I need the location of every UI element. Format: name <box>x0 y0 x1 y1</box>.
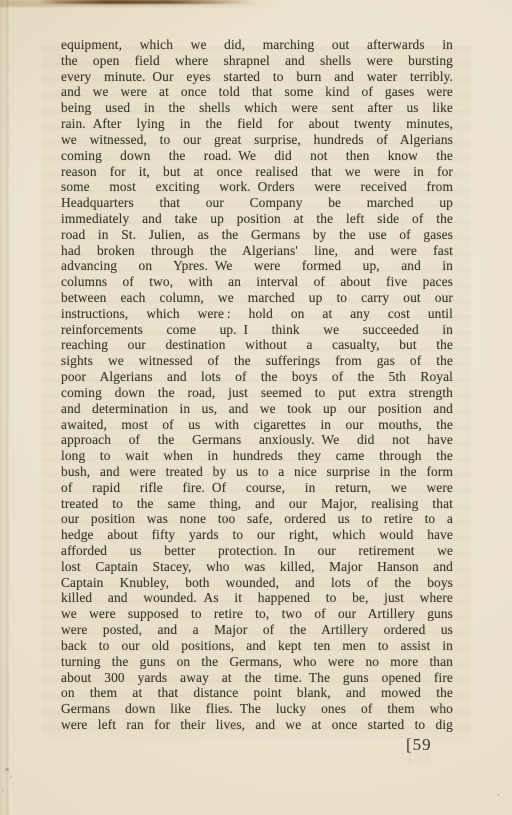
text-line: lost Captain Stacey, who was killed, Maj… <box>61 559 453 575</box>
text-line: killed and wounded. As it happened to be… <box>61 590 453 606</box>
body-text: equipment, which we did, marching out af… <box>61 37 453 733</box>
text-line: Germans down like flies. The lucky ones … <box>61 701 453 717</box>
paper-stain <box>230 725 239 730</box>
text-line: being used in the shells which were sent… <box>61 100 453 116</box>
book-page-scan: equipment, which we did, marching out af… <box>0 0 512 815</box>
text-line: coming down the road. We did not then kn… <box>61 148 453 164</box>
text-line: immediately and take up position at the … <box>61 211 453 227</box>
paper-speck <box>5 768 9 771</box>
text-line: every minute. Our eyes started to burn a… <box>61 69 453 85</box>
text-line: coming down the road, just seemed to put… <box>61 385 453 401</box>
text-line: turning the guns on the Germans, who wer… <box>61 654 453 670</box>
page-left-edge-shading <box>0 0 9 815</box>
text-line: equipment, which we did, marching out af… <box>61 37 453 53</box>
text-line: advancing on Ypres. We were formed up, a… <box>61 258 453 274</box>
text-line: bush, and were treated by us to a nice s… <box>61 464 453 480</box>
paper-speck <box>10 776 12 778</box>
text-line: between each column, we marched up to ca… <box>61 290 453 306</box>
text-line: columns of two, with an interval of abou… <box>61 274 453 290</box>
text-line: and we were at once told that some kind … <box>61 84 453 100</box>
text-line: reaching our destination without a casua… <box>61 337 453 353</box>
text-line: poor Algerians and lots of the boys of t… <box>61 369 453 385</box>
text-line: we were supposed to retire to, two of ou… <box>61 606 453 622</box>
paper-speck <box>497 794 500 796</box>
paper-speck <box>2 790 4 792</box>
text-line: some most exciting work. Orders were rec… <box>61 179 453 195</box>
page-number: [59 <box>406 735 454 755</box>
text-line: Captain Knubley, both wounded, and lots … <box>61 575 453 591</box>
text-line: were left ran for their lives, and we at… <box>61 717 453 733</box>
text-line: hedge about fifty yards to our right, wh… <box>61 527 453 543</box>
text-line: on them at that distance point blank, an… <box>61 685 453 701</box>
text-line: long to wait when in hundreds they came … <box>61 448 453 464</box>
text-line: afforded us better protection. In our re… <box>61 543 453 559</box>
text-line: the open field where shrapnel and shells… <box>61 53 453 69</box>
text-line: reinforcements come up. I think we succe… <box>61 322 453 338</box>
text-line: approach of the Germans anxiously. We di… <box>61 432 453 448</box>
text-line: about 300 yards away at the time. The gu… <box>61 670 453 686</box>
page-top-edge-dark-line <box>38 0 253 4</box>
text-line: Headquarters that our Company be marched… <box>61 195 453 211</box>
text-line: back to our old positions, and kept ten … <box>61 638 453 654</box>
text-line: road in St. Julien, as the Germans by th… <box>61 227 453 243</box>
text-line: were posted, and a Major of the Artiller… <box>61 622 453 638</box>
text-line: sights we witnessed of the sufferings fr… <box>61 353 453 369</box>
text-line: awaited, most of us with cigarettes in o… <box>61 417 453 433</box>
text-line: we witnessed, to our great surprise, hun… <box>61 132 453 148</box>
text-line: reason for it, but at once realised that… <box>61 164 453 180</box>
text-line: our position was none too safe, ordered … <box>61 511 453 527</box>
text-line: had broken through the Algerians' line, … <box>61 243 453 259</box>
text-line: of rapid rifle fire. Of course, in retur… <box>61 480 453 496</box>
text-line: treated to the same thing, and our Major… <box>61 496 453 512</box>
text-line: instructions, which were : hold on at an… <box>61 306 453 322</box>
text-line: and determination in us, and we took up … <box>61 401 453 417</box>
text-line: rain. After lying in the field for about… <box>61 116 453 132</box>
